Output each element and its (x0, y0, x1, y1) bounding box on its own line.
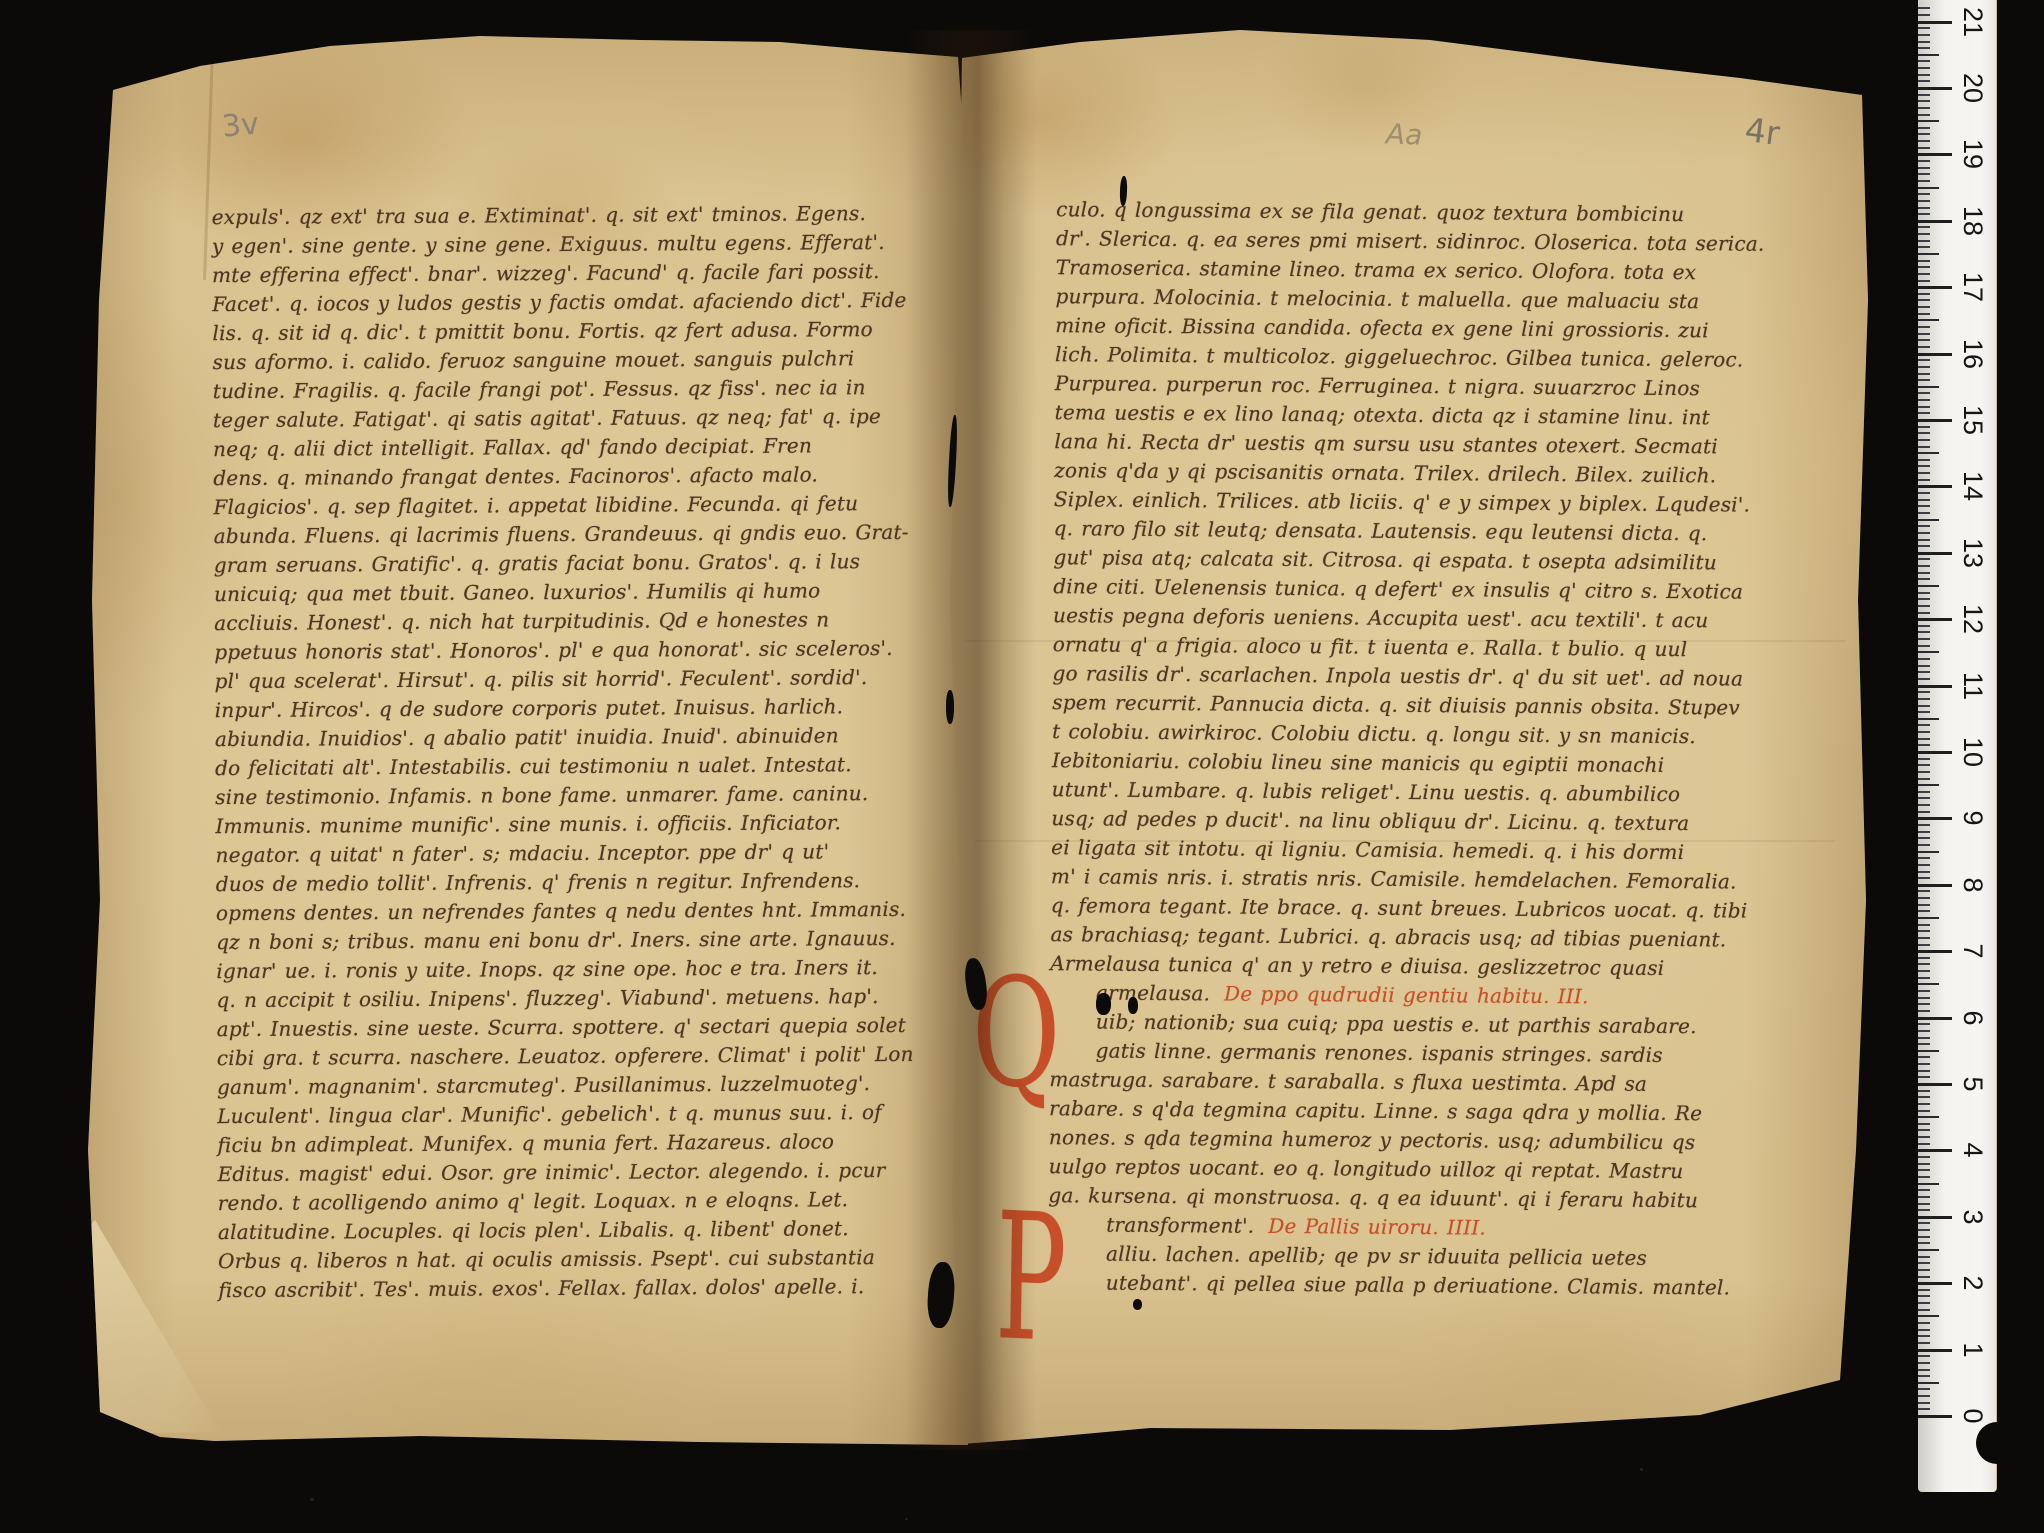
ruler-tick-mm (1918, 293, 1930, 295)
ruler-tick-mm (1918, 366, 1930, 368)
ruler-tick-mm (1918, 831, 1930, 833)
ruler-tick-mm (1918, 41, 1930, 43)
line-text: Siplex. einlich. Trilices. atb liciis. q… (1054, 487, 1750, 516)
ruler-tick-mm (1918, 658, 1930, 660)
ruler-tick-mm (1918, 74, 1930, 76)
ruler-number-12: 12 (1958, 604, 1988, 634)
manuscript-text-line: negator. q uitat' n fater'. s; mdaciu. I… (216, 837, 911, 870)
ruler-tick-mm (1918, 432, 1930, 434)
ruler-tick-half (1918, 1382, 1939, 1384)
ruler-tick-mm (1918, 1110, 1930, 1112)
ruler-tick-mm (1918, 1302, 1930, 1304)
ruler-tick-mm (1918, 273, 1930, 275)
manuscript-text-line: Editus. magist' edui. Osor. gre inimic'.… (217, 1156, 912, 1189)
ruler-tick-mm (1918, 1342, 1930, 1344)
line-text: abunda. Fluens. qi lacrimis fluens. Gran… (214, 520, 909, 548)
ruler-tick-mm (1918, 313, 1930, 315)
line-text: sus aformo. i. calido. feruoz sanguine m… (213, 346, 855, 374)
ruler-tick-mm (1918, 1176, 1930, 1178)
manuscript-text-line: Luculent'. lingua clar'. Munific'. gebel… (217, 1098, 912, 1131)
ruler-tick-mm (1918, 60, 1930, 62)
ruler-tick-mm (1918, 857, 1930, 859)
line-text: dr'. Slerica. q. ea seres pmi misert. si… (1056, 226, 1765, 256)
ruler-tick-mm (1918, 897, 1930, 899)
ruler-tick-mm (1918, 758, 1930, 760)
line-text: uulgo reptos uocant. eo q. longitudo uil… (1049, 1154, 1684, 1183)
ruler-tick-mm (1918, 373, 1930, 375)
manuscript-text-line: ppetuus honoris stat'. Honoros'. pl' e q… (214, 634, 909, 667)
line-text: fisco ascribit'. Tes'. muis. exos'. Fell… (218, 1274, 864, 1302)
line-text: culo. q longussima ex se fila genat. quo… (1056, 197, 1684, 226)
ruler-tick-mm (1918, 1043, 1930, 1045)
manuscript-text-line: dens. q. minando frangat dentes. Facinor… (213, 460, 908, 493)
ruler-tick-mm (1918, 691, 1930, 693)
ruler-tick-mm (1918, 744, 1930, 746)
ruler-tick-mm (1918, 1362, 1930, 1364)
line-text: zonis q'da y qi pscisanitis ornata. Tril… (1054, 458, 1716, 487)
ruler-tick-cm (1918, 485, 1952, 488)
ruler-tick-mm (1918, 645, 1930, 647)
line-text: mine oficit. Bissina candida. ofecta ex … (1055, 313, 1709, 342)
right-page: Aa 4r culo. q longussima ex se fila gena… (945, 25, 1875, 1450)
manuscript-text-line: Immunis. munime munific'. sine munis. i.… (215, 808, 910, 841)
ruler-tick-half (1918, 1183, 1939, 1185)
ruler-tick-mm (1918, 930, 1930, 932)
ruler-tick-mm (1918, 399, 1930, 401)
ruler-tick-mm (1918, 27, 1930, 29)
line-text: lich. Polimita. t multicoloz. giggeluech… (1055, 342, 1743, 371)
ruler-tick-mm (1918, 791, 1930, 793)
ruler-tick-mm (1918, 598, 1930, 600)
ruler-tick-mm (1918, 1395, 1930, 1397)
ruler-tick-mm (1918, 1070, 1930, 1072)
ruler-tick-mm (1918, 94, 1930, 96)
ruler-tick-mm (1918, 1242, 1930, 1244)
line-text: Tramoserica. stamine lineo. trama ex ser… (1056, 255, 1697, 284)
line-text: q. raro filo sit leutq; densata. Lautens… (1054, 516, 1708, 545)
ruler-tick-mm (1918, 260, 1930, 262)
ruler-tick-mm (1918, 1408, 1930, 1410)
ruler-tick-mm (1918, 612, 1930, 614)
ruler-tick-mm (1918, 499, 1930, 501)
line-text: ignar' ue. i. ronis y uite. Inops. qz si… (216, 955, 878, 983)
line-text: neq; q. alii dict intelligit. Fallax. qd… (213, 433, 812, 461)
manuscript-text-line: fisco ascribit'. Tes'. muis. exos'. Fell… (218, 1272, 913, 1305)
ruler-tick-mm (1918, 738, 1930, 740)
ruler-tick-mm (1918, 459, 1930, 461)
ruler-tick-mm (1918, 631, 1930, 633)
ruler-tick-mm (1918, 34, 1930, 36)
ruler-tick-half (1918, 1315, 1939, 1317)
ruler-tick-mm (1918, 333, 1930, 335)
line-text: usq; ad pedes p ducit'. na linu obliquu … (1051, 806, 1689, 835)
ruler-tick-mm (1918, 207, 1930, 209)
line-text: gatis linne. germanis renones. ispanis s… (1096, 1038, 1663, 1066)
line-text: rabare. s q'da tegmina capitu. Linne. s … (1049, 1096, 1702, 1125)
ruler-tick-mm (1918, 47, 1930, 49)
ruler-tick-half (1918, 519, 1939, 521)
ruler-tick-mm (1918, 193, 1930, 195)
ruler-tick-mm (1918, 824, 1930, 826)
ruler-tick-half (1918, 120, 1939, 122)
ruler-tick-mm (1918, 1169, 1930, 1171)
line-text: teger salute. Fatigat'. qi satis agitat'… (213, 404, 881, 432)
ruler-tick-mm (1918, 525, 1930, 527)
ruler-tick-mm (1918, 724, 1930, 726)
ruler-tick-cm (1918, 1216, 1952, 1219)
ruler-tick-mm (1918, 1196, 1930, 1198)
line-text: Immunis. munime munific'. sine munis. i.… (215, 810, 841, 838)
ruler-tick-mm (1918, 280, 1930, 282)
ruler-tick-mm (1918, 811, 1930, 813)
line-text: Orbus q. liberos n hat. qi oculis amissi… (218, 1245, 875, 1273)
ruler-tick-mm (1918, 339, 1930, 341)
ruler-tick-mm (1918, 1369, 1930, 1371)
ruler-tick-half (1918, 386, 1939, 388)
ruler-tick-mm (1918, 1136, 1930, 1138)
ruler-tick-mm (1918, 140, 1930, 142)
ruler-number-13: 13 (1958, 538, 1988, 568)
ruler-tick-half (1918, 187, 1939, 189)
ruler-tick-cm (1918, 884, 1952, 887)
line-text: ei ligata sit intotu. qi ligniu. Camisia… (1051, 835, 1684, 864)
ruler-tick-half (1918, 651, 1939, 653)
ruler-tick-mm (1918, 1143, 1930, 1145)
ruler-tick-mm (1918, 439, 1930, 441)
ruler-tick-mm (1918, 1203, 1930, 1205)
ruler-number-18: 18 (1958, 206, 1988, 236)
ruler-tick-mm (1918, 539, 1930, 541)
manuscript-text-line: apt'. Inuestis. sine ueste. Scurra. spot… (217, 1011, 912, 1044)
line-text: rendo. t acolligendo animo q' legit. Loq… (218, 1187, 849, 1215)
line-text: y egen'. sine gente. y sine gene. Exiguu… (212, 230, 885, 258)
ruler-tick-mm (1918, 479, 1930, 481)
quire-mark-aa: Aa (1385, 117, 1422, 151)
ruler-number-2: 2 (1958, 1268, 1988, 1298)
ruler-tick-mm (1918, 997, 1930, 999)
manuscript-text-line: ignar' ue. i. ronis y uite. Inops. qz si… (216, 953, 911, 986)
ruler-tick-mm (1918, 904, 1930, 906)
ruler-tick-mm (1918, 1375, 1930, 1377)
line-text: tudine. Fragilis. q. facile frangi pot'.… (213, 375, 866, 403)
ruler-tick-mm (1918, 359, 1930, 361)
ruler-tick-mm (1918, 771, 1930, 773)
ruler-tick-mm (1918, 1229, 1930, 1231)
ruler-number-8: 8 (1958, 870, 1988, 900)
ruler-tick-mm (1918, 1103, 1930, 1105)
manuscript-text-line: gram seruans. Gratific'. q. gratis facia… (214, 547, 909, 580)
ruler-number-19: 19 (1958, 139, 1988, 169)
ruler-number-10: 10 (1958, 737, 1988, 767)
line-text: alliu. lachen. apellib; qe pv sr iduuita… (1106, 1242, 1647, 1270)
ruler-tick-mm (1918, 877, 1930, 879)
rubric-text: De ppo qudrudii gentiu habitu. III. (1224, 981, 1589, 1008)
ruler-tick-mm (1918, 107, 1930, 109)
ruler-tick-mm (1918, 1262, 1930, 1264)
red-initial-p: P (994, 1190, 1067, 1368)
ruler-tick-mm (1918, 638, 1930, 640)
ruler-tick-half (1918, 718, 1939, 720)
ruler-tick-half (1918, 1050, 1939, 1052)
line-text: m' i camis nris. i. stratis nris. Camisi… (1051, 864, 1737, 893)
ruler-tick-mm (1918, 565, 1930, 567)
ruler-tick-mm (1918, 1023, 1930, 1025)
ruler-tick-mm (1918, 173, 1930, 175)
manuscript-text-line: cibi gra. t scurra. naschere. Leuatoz. o… (217, 1040, 912, 1073)
ruler-number-11: 11 (1958, 671, 1988, 701)
ruler-tick-mm (1918, 180, 1930, 182)
line-text: alatitudine. Locuples. qi locis plen'. L… (218, 1216, 849, 1244)
ruler-tick-mm (1918, 1322, 1930, 1324)
cloth-speck (905, 1518, 908, 1520)
ruler-tick-mm (1918, 778, 1930, 780)
ruler-tick-mm (1918, 240, 1930, 242)
line-text: do felicitati alt'. Intestabilis. cui te… (215, 752, 852, 780)
ruler-tick-cm (1918, 220, 1952, 223)
line-text: gut' pisa atq; calcata sit. Citrosa. qi … (1053, 545, 1717, 574)
line-text: nones. s qda tegmina humeroz y pectoris.… (1049, 1125, 1695, 1154)
folio-number-4r: 4r (1743, 110, 1782, 153)
line-text: dine citi. Uelenensis tunica. q defert' … (1053, 574, 1743, 603)
ruler-tick-mm (1918, 67, 1930, 69)
manuscript-text-line: neq; q. alii dict intelligit. Fallax. qd… (213, 431, 908, 464)
line-text: Iebitoniariu. colobiu lineu sine manicis… (1052, 748, 1665, 777)
ruler-tick-mm (1918, 1295, 1930, 1297)
ruler-tick-cm (1918, 552, 1952, 555)
manuscript-text-line: pl' qua scelerat'. Hirsut'. q. pilis sit… (214, 663, 909, 696)
ruler-tick-mm (1918, 127, 1930, 129)
line-text: expuls'. qz ext' tra sua e. Extiminat'. … (212, 201, 866, 229)
manuscript-text-line: inpur'. Hircos'. q de sudore corporis pu… (215, 692, 910, 725)
line-text: qz n boni s; tribus. manu eni bonu dr'. … (216, 926, 896, 954)
ruler-tick-cm (1918, 353, 1952, 356)
ruler-tick-cm (1918, 1083, 1952, 1086)
ruler-tick-half (1918, 983, 1939, 985)
ruler-tick-mm (1918, 392, 1930, 394)
ruler-tick-mm (1918, 266, 1930, 268)
manuscript-text-line: utebant'. qi pellea siue palla p deriuat… (1048, 1268, 1778, 1303)
ruler-tick-mm (1918, 133, 1930, 135)
ruler-number-1: 1 (1958, 1335, 1988, 1365)
ruler-tick-mm (1918, 7, 1930, 9)
ruler-tick-mm (1918, 731, 1930, 733)
ruler-tick-mm (1918, 472, 1930, 474)
ruler-tick-mm (1918, 592, 1930, 594)
line-text: inpur'. Hircos'. q de sudore corporis pu… (215, 694, 844, 722)
line-text: utebant'. qi pellea siue palla p deriuat… (1106, 1271, 1730, 1300)
manuscript-text-line: abiundia. Inuidios'. q abalio patit' inu… (215, 721, 910, 754)
ruler-hole (1976, 1422, 2018, 1464)
ruler-number-17: 17 (1958, 272, 1988, 302)
manuscript-text-line: mte efferina effect'. bnar'. wizzeg'. Fa… (212, 257, 907, 290)
ruler-tick-half (1918, 917, 1939, 919)
ruler-tick-mm (1918, 1289, 1930, 1291)
ruler-tick-half (1918, 851, 1939, 853)
ruler-tick-mm (1918, 957, 1930, 959)
ruler-tick-mm (1918, 797, 1930, 799)
line-text: q. n accipit t osiliu. Inipens'. fluzzeg… (216, 984, 878, 1012)
ruler-tick-mm (1918, 114, 1930, 116)
worm-hole (1128, 997, 1138, 1014)
line-text: Facet'. q. iocos y ludos gestis y factis… (212, 288, 906, 316)
line-text: go rasilis dr'. scarlachen. Inpola uesti… (1052, 661, 1743, 690)
ruler-tick-mm (1918, 890, 1930, 892)
manuscript-text-line: Facet'. q. iocos y ludos gestis y factis… (212, 286, 907, 319)
manuscript-text-line: abunda. Fluens. qi lacrimis fluens. Gran… (214, 518, 909, 551)
ruler-tick-mm (1918, 1030, 1930, 1032)
ruler-tick-mm (1918, 446, 1930, 448)
cloth-speck (1640, 1468, 1643, 1471)
ruler-tick-mm (1918, 14, 1930, 16)
ruler-tick-mm (1918, 698, 1930, 700)
ruler-tick-mm (1918, 299, 1930, 301)
manuscript-text-line: do felicitati alt'. Intestabilis. cui te… (215, 750, 910, 783)
ruler-tick-mm (1918, 100, 1930, 102)
manuscript-text-line: duos de medio tollit'. Infrenis. q' fren… (216, 866, 911, 899)
manuscript-photo: 3v expuls'. qz ext' tra sua e. Extiminat… (0, 0, 2044, 1533)
line-text: lis. q. sit id q. dic'. t pmittit bonu. … (212, 317, 873, 345)
line-text: spem recurrit. Pannucia dicta. q. sit di… (1052, 690, 1740, 719)
ruler-tick-mm (1918, 492, 1930, 494)
line-text: mastruga. sarabare. t saraballa. s fluxa… (1049, 1067, 1647, 1096)
ruler-tick-mm (1918, 505, 1930, 507)
manuscript-text-line: ficiu bn adimpleat. Munifex. q munia fer… (217, 1127, 912, 1160)
ruler-number-14: 14 (1958, 471, 1988, 501)
ruler-tick-mm (1918, 1010, 1930, 1012)
ruler-tick-cm (1918, 751, 1952, 754)
ruler-tick-mm (1918, 1335, 1930, 1337)
ruler-tick-mm (1918, 990, 1930, 992)
ruler-tick-mm (1918, 924, 1930, 926)
line-text: t colobiu. awirkiroc. Colobiu dictu. q. … (1052, 719, 1696, 748)
ruler-tick-mm (1918, 910, 1930, 912)
line-text: sine testimonio. Infamis. n bone fame. u… (215, 781, 868, 809)
ruler-tick-cm (1918, 1017, 1952, 1020)
line-text: negator. q uitat' n fater'. s; mdaciu. I… (216, 839, 830, 867)
ruler-tick-cm (1918, 685, 1952, 688)
ruler-tick-mm (1918, 1003, 1930, 1005)
ruler-tick-mm (1918, 1276, 1930, 1278)
line-text: ornatu q' a frigia. aloco u fit. t iuent… (1053, 632, 1688, 661)
ruler-number-15: 15 (1958, 405, 1988, 435)
manuscript-text-line: tudine. Fragilis. q. facile frangi pot'.… (213, 373, 908, 406)
ruler-number-4: 4 (1958, 1135, 1988, 1165)
line-text: Luculent'. lingua clar'. Munific'. gebel… (217, 1100, 882, 1128)
ruler-tick-mm (1918, 558, 1930, 560)
manuscript-text-line: y egen'. sine gente. y sine gene. Exiguu… (212, 228, 907, 261)
line-text: purpura. Molocinia. t melocinia. t malue… (1055, 284, 1699, 313)
ruler-tick-mm (1918, 764, 1930, 766)
line-text: mte efferina effect'. bnar'. wizzeg'. Fa… (212, 259, 880, 287)
ruler-tick-mm (1918, 1096, 1930, 1098)
ruler-tick-mm (1918, 844, 1930, 846)
fold-hole (946, 690, 954, 724)
ruler-tick-mm (1918, 213, 1930, 215)
ruler-tick-mm (1918, 671, 1930, 673)
ruler-number-3: 3 (1958, 1202, 1988, 1232)
ruler-tick-mm (1918, 1309, 1930, 1311)
ruler-tick-mm (1918, 1129, 1930, 1131)
manuscript-text-line: qz n boni s; tribus. manu eni bonu dr'. … (216, 924, 911, 957)
ruler-tick-mm (1918, 512, 1930, 514)
rubric-text: De Pallis uiroru. IIII. (1268, 1214, 1486, 1240)
line-text: pl' qua scelerat'. Hirsut'. q. pilis sit… (214, 665, 867, 693)
ruler-tick-mm (1918, 160, 1930, 162)
ruler-tick-mm (1918, 1269, 1930, 1271)
ruler-tick-cm (1918, 419, 1952, 422)
ruler-tick-mm (1918, 200, 1930, 202)
ruler-tick-mm (1918, 426, 1930, 428)
line-text: abiundia. Inuidios'. q abalio patit' inu… (215, 723, 839, 751)
line-text: apt'. Inuestis. sine ueste. Scurra. spot… (217, 1013, 906, 1041)
folio-number-3v: 3v (221, 106, 261, 144)
ruler-tick-mm (1918, 167, 1930, 169)
ruler-tick-mm (1918, 977, 1930, 979)
ruler-tick-cm (1918, 1349, 1952, 1352)
manuscript-text-line: ganum'. magnanim'. starcmuteg'. Pusillan… (217, 1069, 912, 1102)
ruler-tick-cm (1918, 950, 1952, 953)
manuscript-text-line: Orbus q. liberos n hat. qi oculis amissi… (218, 1243, 913, 1276)
line-text: dens. q. minando frangat dentes. Facinor… (213, 462, 818, 490)
ruler-tick-mm (1918, 572, 1930, 574)
ruler-tick-mm (1918, 1256, 1930, 1258)
manuscript-text-line: Flagicios'. q. sep flagitet. i. appetat … (213, 489, 908, 522)
ruler-tick-mm (1918, 711, 1930, 713)
ruler-number-5: 5 (1958, 1069, 1988, 1099)
cloth-speck (310, 1498, 314, 1501)
ruler-number-9: 9 (1958, 803, 1988, 833)
ruler-tick-mm (1918, 233, 1930, 235)
ruler-tick-mm (1918, 326, 1930, 328)
line-text: tema uestis e ex lino lanaq; otexta. dic… (1055, 400, 1710, 429)
line-text: unicuiq; qua met tbuit. Ganeo. luxurios'… (214, 578, 820, 606)
manuscript-text-line: unicuiq; qua met tbuit. Ganeo. luxurios'… (214, 576, 909, 609)
ruler-tick-mm (1918, 705, 1930, 707)
ruler-tick-mm (1918, 1123, 1930, 1125)
ruler-tick-mm (1918, 80, 1930, 82)
manuscript-text-line: opmens dentes. un nefrendes fantes q ned… (216, 895, 911, 928)
ruler-tick-mm (1918, 1209, 1930, 1211)
ruler-tick-cm (1918, 87, 1952, 90)
ruler-tick-half (1918, 54, 1939, 56)
ruler-number-7: 7 (1958, 936, 1988, 966)
ruler-tick-mm (1918, 346, 1930, 348)
ruler-tick-mm (1918, 465, 1930, 467)
ruler-tick-mm (1918, 147, 1930, 149)
ruler-number-20: 20 (1958, 73, 1988, 103)
manuscript-text-line: sus aformo. i. calido. feruoz sanguine m… (213, 344, 908, 377)
manuscript-text-line: accliuis. Honest'. q. nich hat turpitudi… (214, 605, 909, 638)
ruler-tick-cm (1918, 153, 1952, 156)
ruler-tick-mm (1918, 1163, 1930, 1165)
ruler-tick-mm (1918, 545, 1930, 547)
ruler-tick-mm (1918, 1329, 1930, 1331)
line-text: cibi gra. t scurra. naschere. Leuatoz. o… (217, 1042, 914, 1070)
ruler-tick-mm (1918, 412, 1930, 414)
ruler-tick-mm (1918, 1236, 1930, 1238)
ruler-tick-mm (1918, 379, 1930, 381)
line-text: armelausa. (1096, 980, 1210, 1005)
ruler-tick-cm (1918, 618, 1952, 621)
manuscript-text-line: sine testimonio. Infamis. n bone fame. u… (215, 779, 910, 812)
ruler-tick-cm (1918, 1282, 1952, 1285)
ruler-tick-mm (1918, 578, 1930, 580)
left-page: 3v expuls'. qz ext' tra sua e. Extiminat… (85, 30, 990, 1450)
worm-hole (1133, 1299, 1142, 1310)
manuscript-text-line: alatitudine. Locuples. qi locis plen'. L… (218, 1214, 913, 1247)
ruler-tick-mm (1918, 1156, 1930, 1158)
line-text: utunt'. Lumbare. q. lubis religet'. Linu… (1052, 777, 1681, 806)
